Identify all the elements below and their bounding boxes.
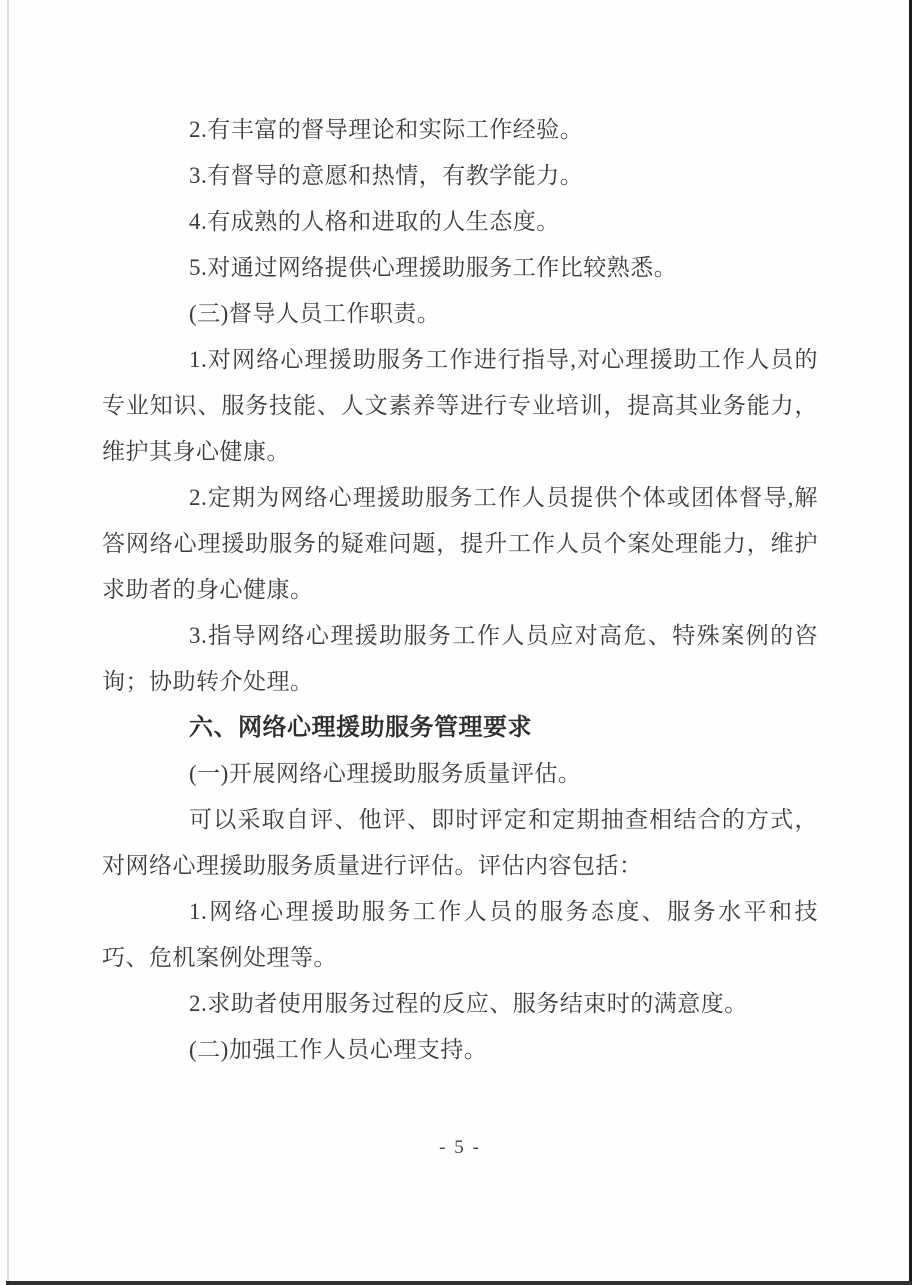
- numbered-item: 3.有督导的意愿和热情，有教学能力。: [102, 153, 818, 199]
- numbered-item: 2.有丰富的督导理论和实际工作经验。: [102, 107, 818, 153]
- numbered-paragraph: 1.网络心理援助服务工作人员的服务态度、服务水平和技巧、危机案例处理等。: [102, 889, 818, 981]
- subsection-heading: (三)督导人员工作职责。: [102, 291, 818, 337]
- numbered-item: 4.有成熟的人格和进取的人生态度。: [102, 199, 818, 245]
- document-page: 2.有丰富的督导理论和实际工作经验。 3.有督导的意愿和热情，有教学能力。 4.…: [0, 0, 912, 1285]
- scan-edge-bottom: [6, 1281, 912, 1285]
- numbered-paragraph: 3.指导网络心理援助服务工作人员应对高危、特殊案例的咨询；协助转介处理。: [102, 613, 818, 705]
- subsection-heading: (一)开展网络心理援助服务质量评估。: [102, 751, 818, 797]
- document-content: 2.有丰富的督导理论和实际工作经验。 3.有督导的意愿和热情，有教学能力。 4.…: [102, 107, 818, 1073]
- numbered-paragraph: 2.定期为网络心理援助服务工作人员提供个体或团体督导,解答网络心理援助服务的疑难…: [102, 475, 818, 613]
- numbered-item: 5.对通过网络提供心理援助服务工作比较熟悉。: [102, 245, 818, 291]
- page-number: - 5 -: [102, 1131, 818, 1165]
- scan-left-fold-line: [7, 0, 9, 1285]
- section-heading: 六、网络心理援助服务管理要求: [102, 705, 818, 751]
- numbered-paragraph: 1.对网络心理援助服务工作进行指导,对心理援助工作人员的专业知识、服务技能、人文…: [102, 337, 818, 475]
- body-paragraph: 可以采取自评、他评、即时评定和定期抽查相结合的方式，对网络心理援助服务质量进行评…: [102, 797, 818, 889]
- subsection-heading: (二)加强工作人员心理支持。: [102, 1027, 818, 1073]
- numbered-paragraph: 2.求助者使用服务过程的反应、服务结束时的满意度。: [102, 981, 818, 1027]
